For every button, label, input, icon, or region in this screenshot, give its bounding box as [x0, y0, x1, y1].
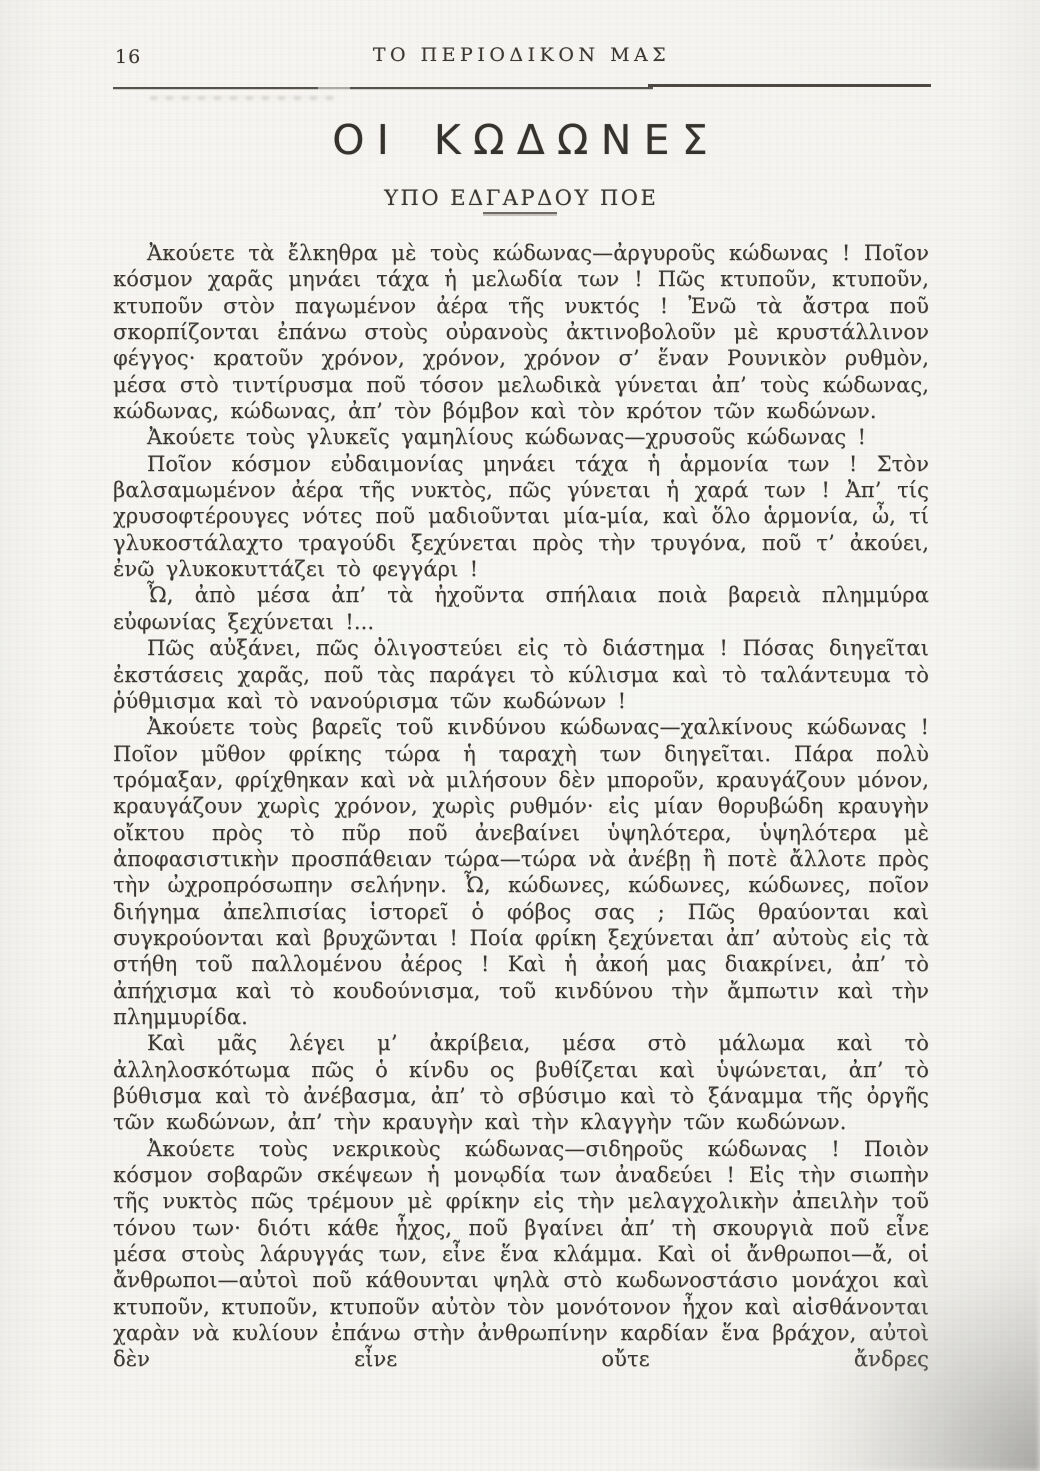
page-header: 16 ΤΟ ΠΕΡΙΟΔΙΚΟΝ ΜΑΣ	[113, 44, 930, 70]
header-rule-left	[113, 87, 653, 89]
paragraph: Ἀκούετε τὰ ἔλκηθρα μὲ τοὺς κώδωνας—ἀργυρ…	[113, 240, 929, 424]
article-byline: ΥΠΟ ΕΔΓΑΡΔΟΥ ΠΟΕ	[0, 186, 1040, 210]
paragraph: Ἀκούετε τοὺς βαρεῖς τοῦ κινδύνου κώδωνας…	[113, 714, 929, 1030]
article-title: ΟΙ ΚΩΔΩΝΕΣ	[0, 116, 1040, 164]
ink-smudge	[150, 96, 335, 100]
paragraph: Ποῖον κόσμον εὐδαιμονίας μηνάει τάχα ἡ ἁ…	[113, 451, 929, 583]
title-divider	[483, 212, 557, 214]
article-body: Ἀκούετε τὰ ἔλκηθρα μὲ τοὺς κώδωνας—ἀργυρ…	[113, 240, 929, 1373]
paragraph: Καὶ μᾶς λέγει μ’ ἀκρίβεια, μέσα στὸ μάλω…	[113, 1030, 929, 1135]
scanned-page: 16 ΤΟ ΠΕΡΙΟΔΙΚΟΝ ΜΑΣ ΟΙ ΚΩΔΩΝΕΣ ΥΠΟ ΕΔΓΑ…	[0, 0, 1040, 1471]
running-title: ΤΟ ΠΕΡΙΟΔΙΚΟΝ ΜΑΣ	[113, 44, 930, 66]
header-rule-gap	[318, 86, 350, 90]
paragraph: Πῶς αὐξάνει, πῶς ὀλιγοστεύει εἰς τὸ διάσ…	[113, 635, 929, 714]
paragraph: Ἀκούετε τοὺς γλυκεῖς γαμηλίους κώδωνας—χ…	[113, 424, 929, 450]
paragraph: Ἀκούετε τοὺς νεκρικοὺς κώδωνας—σιδηροῦς …	[113, 1136, 929, 1373]
header-rule-right	[648, 84, 931, 87]
paragraph: Ὦ, ἀπὸ μέσα ἀπ’ τὰ ἠχοῦντα σπήλαια ποιὰ …	[113, 582, 929, 635]
